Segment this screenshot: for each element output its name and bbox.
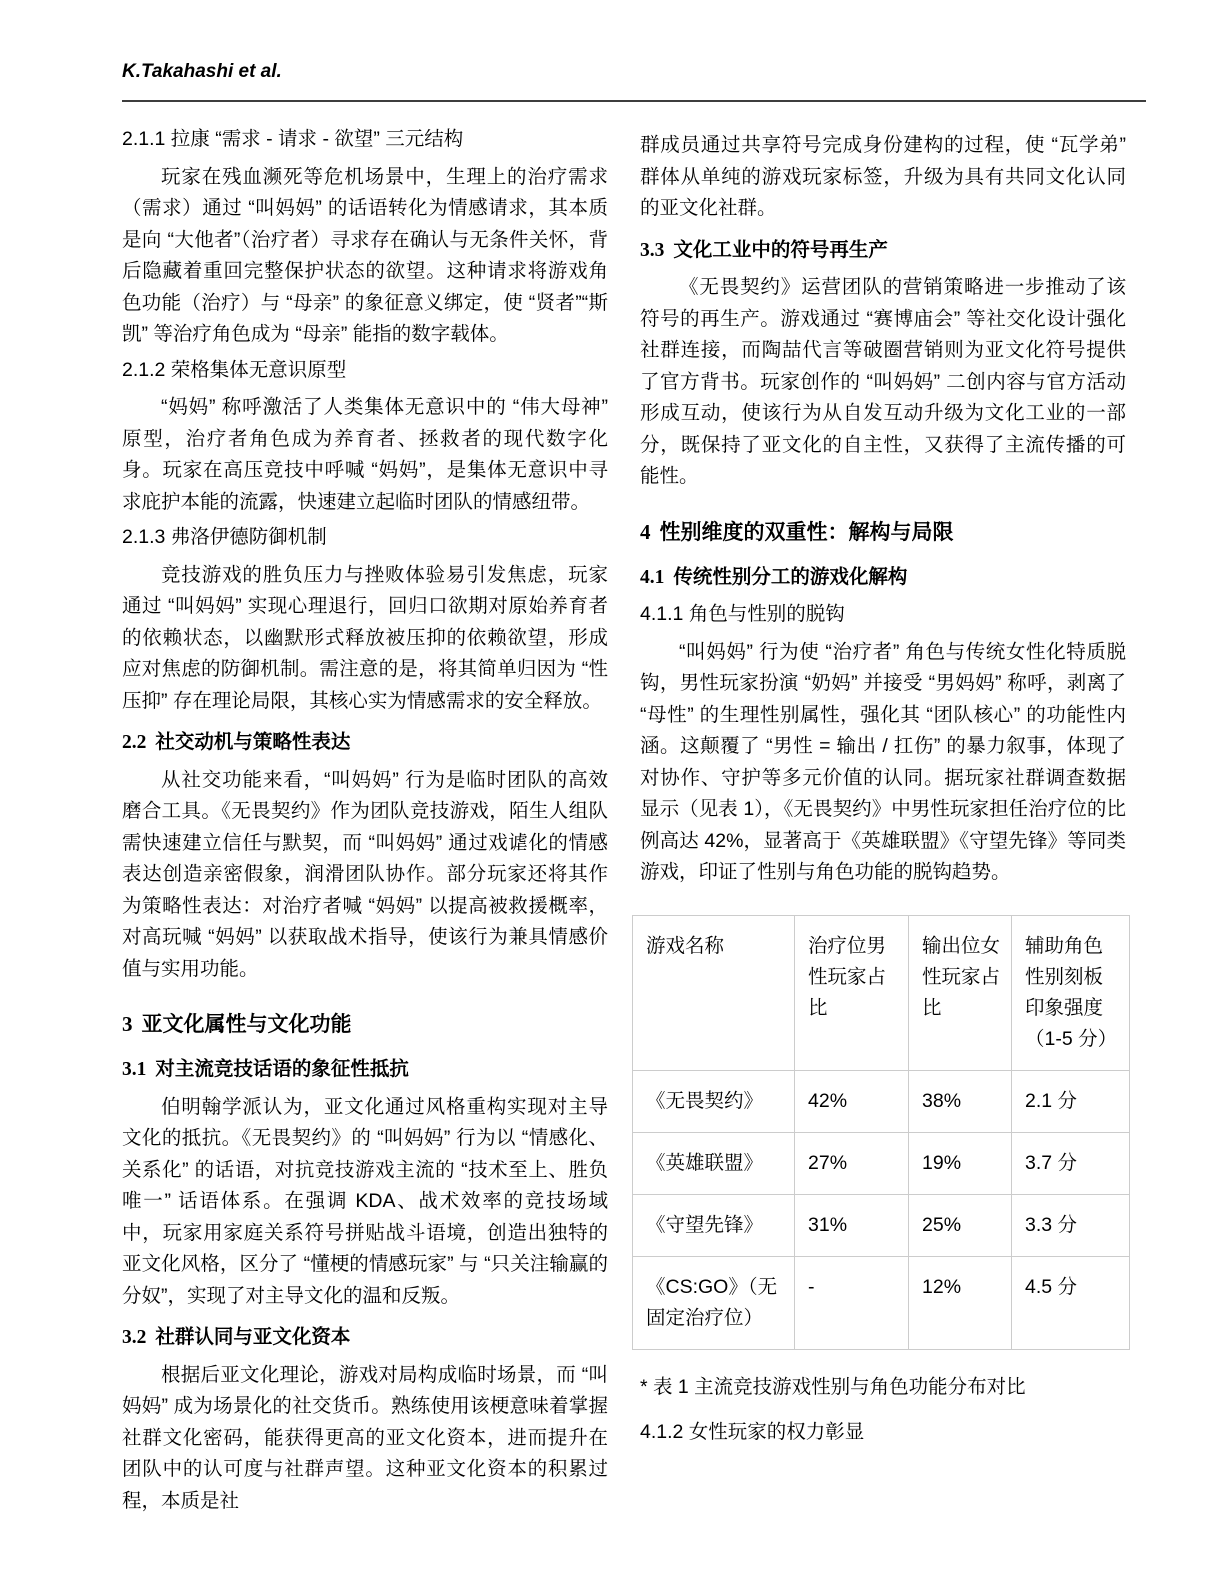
table-header-cell: 游戏名称	[633, 915, 795, 1070]
heading-3-3: 3.3文化工业中的符号再生产	[640, 235, 1126, 267]
heading-3-2-title: 社群认同与亚文化资本	[155, 1326, 350, 1348]
heading-4-number: 4	[640, 520, 651, 544]
heading-3-number: 3	[122, 1012, 133, 1036]
table-row: 《英雄联盟》 27% 19% 3.7 分	[633, 1132, 1130, 1194]
heading-2-2: 2.2社交动机与策略性表达	[122, 727, 608, 759]
heading-4-1-number: 4.1	[640, 567, 664, 588]
paragraph-4-1-1: “叫妈妈” 行为使 “治疗者” 角色与传统女性化特质脱钩，男性玩家扮演 “奶妈”…	[640, 637, 1126, 889]
table-1: 游戏名称 治疗位男性玩家占比 输出位女性玩家占比 辅助角色性别刻板印象强度（1-…	[632, 915, 1130, 1350]
heading-2-1-2: 2.1.2 荣格集体无意识原型	[122, 355, 608, 387]
heading-4-1-title: 传统性别分工的游戏化解构	[673, 566, 907, 588]
paragraph-3-2: 根据后亚文化理论，游戏对局构成临时场景，而 “叫妈妈” 成为场景化的社交货币。熟…	[122, 1360, 608, 1518]
table-cell: 3.3 分	[1012, 1194, 1130, 1256]
heading-2-1-1: 2.1.1 拉康 “需求 - 请求 - 欲望” 三元结构	[122, 124, 608, 156]
table-cell: 《守望先锋》	[633, 1194, 795, 1256]
heading-3-title: 亚文化属性与文化功能	[142, 1013, 352, 1036]
table-header-row: 游戏名称 治疗位男性玩家占比 输出位女性玩家占比 辅助角色性别刻板印象强度（1-…	[633, 915, 1130, 1070]
heading-3-1-number: 3.1	[122, 1059, 146, 1080]
table-row: 《CS:GO》（无固定治疗位） - 12% 4.5 分	[633, 1256, 1130, 1349]
heading-2-2-number: 2.2	[122, 732, 146, 753]
table-cell: 19%	[909, 1132, 1012, 1194]
table-cell: 3.7 分	[1012, 1132, 1130, 1194]
heading-3-2-number: 3.2	[122, 1327, 146, 1348]
heading-3-3-number: 3.3	[640, 240, 664, 261]
table-cell: 《CS:GO》（无固定治疗位）	[633, 1256, 795, 1349]
table-cell: 42%	[795, 1070, 909, 1132]
paragraph-2-1-2: “妈妈” 称呼激活了人类集体无意识中的 “伟大母神” 原型，治疗者角色成为养育者…	[122, 392, 608, 518]
table-cell: 《无畏契约》	[633, 1070, 795, 1132]
paragraph-3-2-continued: 群成员通过共享符号完成身份建构的过程，使 “瓦学弟” 群体从单纯的游戏玩家标签，…	[640, 130, 1126, 225]
heading-3: 3亚文化属性与文化功能	[122, 1007, 608, 1042]
heading-4: 4性别维度的双重性：解构与局限	[640, 515, 1126, 550]
table-cell: 27%	[795, 1132, 909, 1194]
paragraph-3-3: 《无畏契约》运营团队的营销策略进一步推动了该符号的再生产。游戏通过 “赛博庙会”…	[640, 272, 1126, 493]
header-rule	[122, 100, 1146, 102]
paper-page: K.Takahashi et al. 2.1.1 拉康 “需求 - 请求 - 欲…	[0, 0, 1224, 1582]
table-cell: 2.1 分	[1012, 1070, 1130, 1132]
right-column: 群成员通过共享符号完成身份建构的过程，使 “瓦学弟” 群体从单纯的游戏玩家标签，…	[640, 124, 1126, 1455]
paragraph-2-1-3: 竞技游戏的胜负压力与挫败体验易引发焦虑，玩家通过 “叫妈妈” 实现心理退行，回归…	[122, 560, 608, 718]
table-row: 《守望先锋》 31% 25% 3.3 分	[633, 1194, 1130, 1256]
running-head: K.Takahashi et al.	[122, 60, 282, 84]
paragraph-3-1: 伯明翰学派认为，亚文化通过风格重构实现对主导文化的抵抗。《无畏契约》的 “叫妈妈…	[122, 1092, 608, 1313]
table-cell: -	[795, 1256, 909, 1349]
table-cell: 38%	[909, 1070, 1012, 1132]
table-header-cell: 辅助角色性别刻板印象强度（1-5 分）	[1012, 915, 1130, 1070]
paragraph-2-2: 从社交功能来看，“叫妈妈” 行为是临时团队的高效磨合工具。《无畏契约》作为团队竞…	[122, 765, 608, 986]
heading-3-1-title: 对主流竞技话语的象征性抵抗	[155, 1058, 409, 1080]
table-cell: 31%	[795, 1194, 909, 1256]
table-row: 《无畏契约》 42% 38% 2.1 分	[633, 1070, 1130, 1132]
heading-3-2: 3.2社群认同与亚文化资本	[122, 1322, 608, 1354]
table-header-cell: 输出位女性玩家占比	[909, 915, 1012, 1070]
heading-3-3-title: 文化工业中的符号再生产	[673, 239, 888, 261]
paragraph-2-1-1: 玩家在残血濒死等危机场景中，生理上的治疗需求（需求）通过 “叫妈妈” 的话语转化…	[122, 162, 608, 351]
heading-2-2-title: 社交动机与策略性表达	[155, 731, 350, 753]
heading-4-1-2: 4.1.2 女性玩家的权力彰显	[640, 1417, 1126, 1449]
heading-4-title: 性别维度的双重性：解构与局限	[660, 521, 954, 544]
table-caption: * 表 1 主流竞技游戏性别与角色功能分布对比	[640, 1372, 1126, 1404]
left-column: 2.1.1 拉康 “需求 - 请求 - 欲望” 三元结构 玩家在残血濒死等危机场…	[122, 124, 608, 1517]
heading-4-1: 4.1传统性别分工的游戏化解构	[640, 562, 1126, 594]
table-cell: 《英雄联盟》	[633, 1132, 795, 1194]
table-header-cell: 治疗位男性玩家占比	[795, 915, 909, 1070]
table-cell: 12%	[909, 1256, 1012, 1349]
heading-4-1-1: 4.1.1 角色与性别的脱钩	[640, 599, 1126, 631]
table-cell: 4.5 分	[1012, 1256, 1130, 1349]
heading-3-1: 3.1对主流竞技话语的象征性抵抗	[122, 1054, 608, 1086]
heading-2-1-3: 2.1.3 弗洛伊德防御机制	[122, 522, 608, 554]
table-cell: 25%	[909, 1194, 1012, 1256]
